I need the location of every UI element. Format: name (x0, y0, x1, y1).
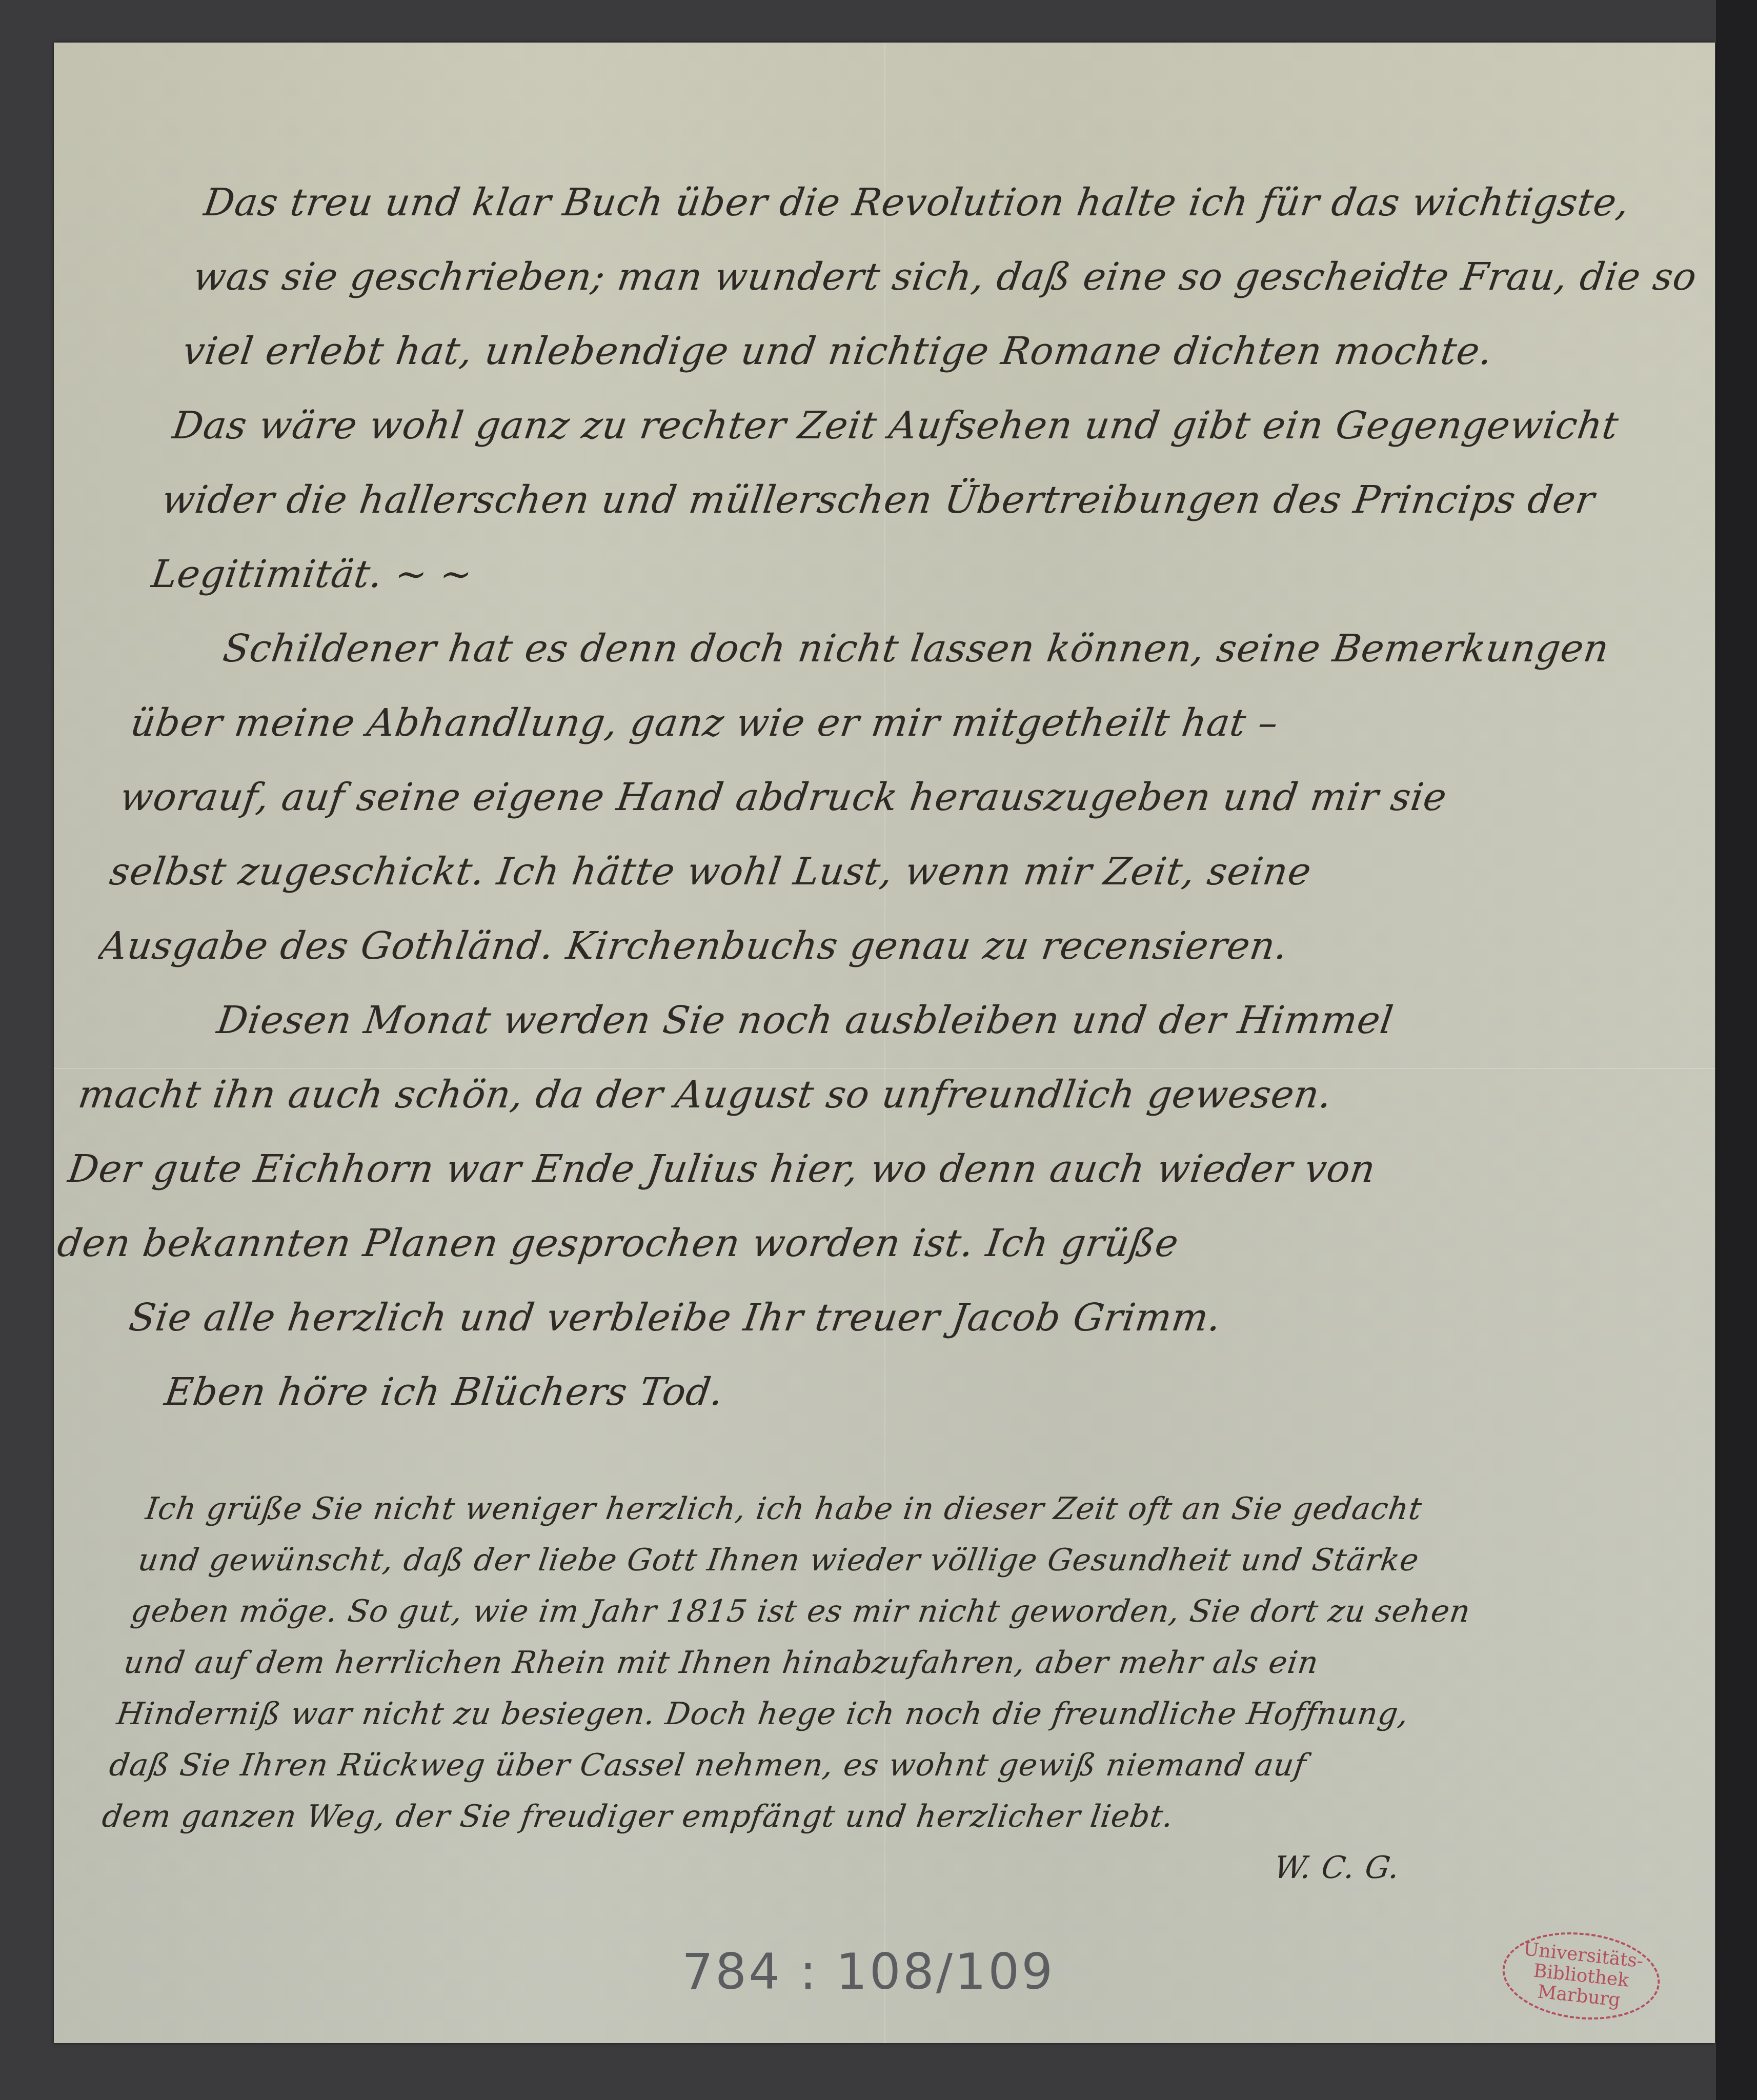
letter-line: Schildener hat es denn doch nicht lassen… (136, 612, 1680, 686)
postscript-line: Hinderniß war nicht zu besiegen. Doch he… (113, 1688, 1653, 1740)
letter-line: wider die hallerschen und müllerschen Üb… (157, 463, 1700, 537)
postscript-line: Ich grüße Sie nicht weniger herzlich, ic… (142, 1483, 1682, 1534)
letter-line-with-strikethrough: worauf, auf seine eigene Hand abdruck he… (115, 760, 1659, 835)
letter-line: Das treu und klar Buch über die Revoluti… (199, 166, 1742, 240)
postscript-line: daß Sie Ihren Rückweg über Cassel nehmen… (106, 1740, 1646, 1791)
letter-line: Der gute Eichhorn war Ende Julius hier, … (63, 1132, 1606, 1206)
letter-line: den bekannten Planen gesprochen worden i… (53, 1206, 1596, 1281)
postscript-line: und auf dem herrlichen Rhein mit Ihnen h… (120, 1637, 1661, 1688)
letter-line: Das wäre wohl ganz zu rechter Zeit Aufse… (168, 389, 1711, 463)
letter-closing-signature-line: Sie alle herzlich und verbleibe Ihr treu… (42, 1281, 1585, 1355)
letter-line: über meine Abhandlung, ganz wie er mir m… (126, 686, 1669, 760)
main-letter-text: Das treu und klar Buch über die Revoluti… (32, 166, 1742, 1429)
letter-line: viel erlebt hat, unlebendige und nichtig… (178, 314, 1721, 389)
letter-line: Diesen Monat werden Sie noch ausbleiben … (84, 983, 1627, 1058)
postscript-line: geben möge. So gut, wie im Jahr 1815 ist… (128, 1586, 1668, 1637)
scanner-edge-strip (1716, 0, 1757, 2100)
postscript-text: Ich grüße Sie nicht weniger herzlich, ic… (92, 1483, 1682, 1893)
letter-line: Ausgabe des Gothländ. Kirchenbuchs genau… (94, 909, 1638, 983)
postscript-line: dem ganzen Weg, der Sie freudiger empfän… (99, 1791, 1639, 1842)
letter-line: selbst zugeschickt. Ich hätte wohl Lust,… (105, 835, 1648, 909)
pencil-shelfmark: 784 : 108/109 (682, 1943, 1055, 2001)
letter-line: was sie geschrieben; man wundert sich, d… (188, 240, 1731, 314)
letter-sheet: Das treu und klar Buch über die Revoluti… (54, 43, 1715, 2043)
postscript-line: und gewünscht, daß der liebe Gott Ihnen … (135, 1534, 1675, 1586)
letter-line: macht ihn auch schön, da der August so u… (73, 1058, 1617, 1132)
postscript-signature: W. C. G. (92, 1842, 1632, 1893)
letter-line: Legitimität. ~ ~ (147, 537, 1690, 612)
letter-afterthought: Eben höre ich Blüchers Tod. (32, 1355, 1575, 1429)
